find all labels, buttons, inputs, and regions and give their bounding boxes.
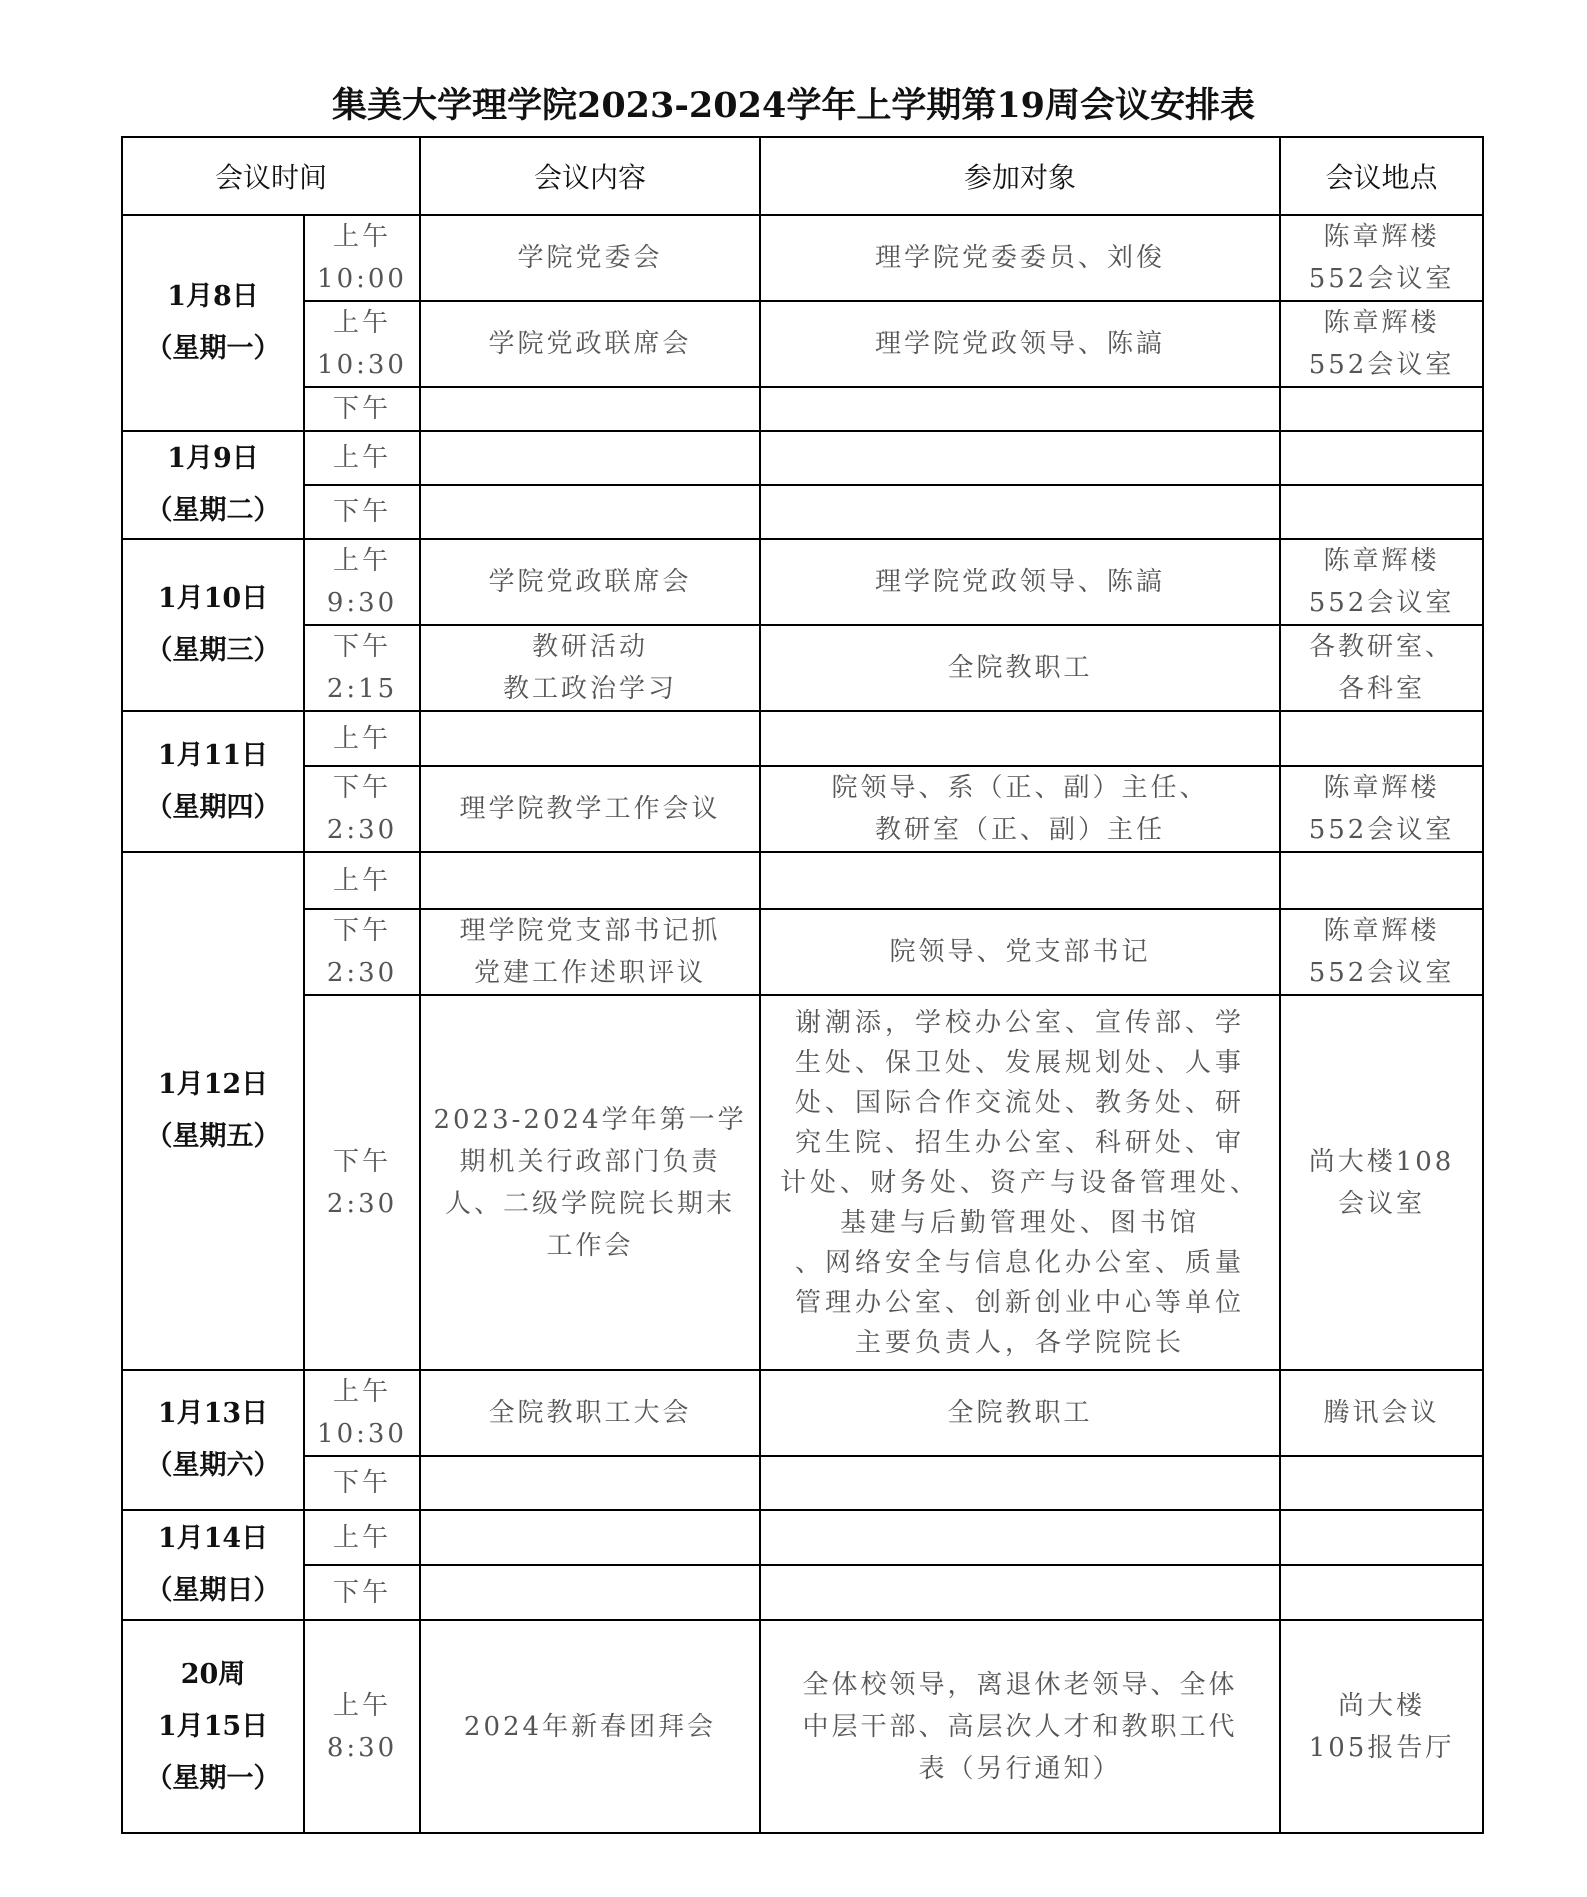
period-label: 上午 [305, 718, 419, 760]
schedule-row: 1月9日（星期二）上午 [122, 431, 1483, 485]
content-cell: 全院教职工大会 [420, 1370, 760, 1456]
period-label: 上午 [305, 1371, 419, 1413]
content-line: 理学院教学工作会议 [421, 788, 759, 830]
header-row: 会议时间 会议内容 参加对象 会议地点 [122, 137, 1483, 215]
attendees-line: 基建与后勤管理处、图书馆 [761, 1203, 1279, 1243]
content-line: 理学院党支部书记抓 [421, 910, 759, 952]
attendees-cell: 理学院党政领导、陈謞 [760, 539, 1280, 625]
content-line: 教工政治学习 [421, 668, 759, 710]
attendees-line: 处、国际合作交流处、教务处、研 [761, 1083, 1279, 1123]
location-cell: 腾讯会议 [1280, 1370, 1483, 1456]
period-label: 上午 [305, 1685, 419, 1727]
location-cell: 陈章辉楼552会议室 [1280, 539, 1483, 625]
period-label: 上午 [305, 302, 419, 344]
attendees-cell: 谢潮添，学校办公室、宣传部、学生处、保卫处、发展规划处、人事处、国际合作交流处、… [760, 995, 1280, 1370]
attendees-line: 谢潮添，学校办公室、宣传部、学 [761, 1003, 1279, 1043]
period-label: 下午 [305, 1572, 419, 1614]
attendees-cell [760, 1565, 1280, 1620]
time-slot-cell: 下午2:30 [304, 909, 420, 995]
location-line: 552会议室 [1281, 952, 1482, 994]
attendees-line: 主要负责人，各学院院长 [761, 1323, 1279, 1363]
attendees-line: 计处、财务处、资产与设备管理处、 [761, 1163, 1279, 1203]
time-label: 2:30 [305, 1183, 419, 1225]
attendees-cell: 院领导、党支部书记 [760, 909, 1280, 995]
location-line: 各教研室、 [1281, 626, 1482, 668]
date-label: 1月11日 [123, 730, 303, 782]
attendees-cell [760, 711, 1280, 766]
time-slot-cell: 上午 [304, 852, 420, 909]
attendees-line: 教研室（正、副）主任 [761, 809, 1279, 851]
attendees-line: 管理办公室、创新创业中心等单位 [761, 1283, 1279, 1323]
location-line: 陈章辉楼 [1281, 767, 1482, 809]
time-slot-cell: 下午 [304, 1565, 420, 1620]
date-label: 1月15日 [123, 1701, 303, 1753]
attendees-line: 理学院党政领导、陈謞 [761, 323, 1279, 365]
content-cell: 理学院党支部书记抓党建工作述职评议 [420, 909, 760, 995]
attendees-cell [760, 485, 1280, 539]
attendees-line: 中层干部、高层次人才和教职工代 [761, 1706, 1279, 1748]
location-line: 陈章辉楼 [1281, 540, 1482, 582]
attendees-line: 表（另行通知） [761, 1748, 1279, 1790]
location-line: 552会议室 [1281, 582, 1482, 624]
period-label: 下午 [305, 1141, 419, 1183]
content-cell [420, 1510, 760, 1565]
attendees-line: 理学院党委委员、刘俊 [761, 237, 1279, 279]
time-slot-cell: 上午10:00 [304, 215, 420, 301]
location-line: 会议室 [1281, 1183, 1482, 1225]
content-line: 2024年新春团拜会 [421, 1706, 759, 1748]
content-cell [420, 1565, 760, 1620]
location-cell: 尚大楼105报告厅 [1280, 1620, 1483, 1833]
weekday-label: （星期一） [123, 1753, 303, 1805]
location-line: 105报告厅 [1281, 1727, 1482, 1769]
content-line: 期机关行政部门负责 [421, 1141, 759, 1183]
location-cell [1280, 1510, 1483, 1565]
content-cell: 学院党委会 [420, 215, 760, 301]
content-line: 全院教职工大会 [421, 1392, 759, 1434]
location-line: 陈章辉楼 [1281, 216, 1482, 258]
meeting-schedule-table: 会议时间 会议内容 参加对象 会议地点 1月8日（星期一）上午10:00学院党委… [121, 136, 1484, 1834]
time-label: 2:15 [305, 668, 419, 710]
attendees-line: 院领导、党支部书记 [761, 931, 1279, 973]
weekday-label: （星期日） [123, 1565, 303, 1617]
content-line: 党建工作述职评议 [421, 952, 759, 994]
period-label: 下午 [305, 910, 419, 952]
content-line: 人、二级学院院长期末 [421, 1183, 759, 1225]
time-slot-cell: 上午9:30 [304, 539, 420, 625]
attendees-line: 院领导、系（正、副）主任、 [761, 767, 1279, 809]
attendees-cell: 全体校领导，离退休老领导、全体中层干部、高层次人才和教职工代表（另行通知） [760, 1620, 1280, 1833]
location-cell: 陈章辉楼552会议室 [1280, 909, 1483, 995]
period-label: 下午 [305, 626, 419, 668]
location-line: 尚大楼 [1281, 1685, 1482, 1727]
content-cell: 学院党政联席会 [420, 539, 760, 625]
schedule-row: 20周1月15日（星期一）上午8:302024年新春团拜会全体校领导，离退休老领… [122, 1620, 1483, 1833]
attendees-line: 生处、保卫处、发展规划处、人事 [761, 1043, 1279, 1083]
day-cell: 1月9日（星期二） [122, 431, 304, 539]
attendees-cell: 理学院党政领导、陈謞 [760, 301, 1280, 387]
date-label: 1月14日 [123, 1513, 303, 1565]
time-label: 10:00 [305, 258, 419, 300]
location-cell [1280, 485, 1483, 539]
location-line: 腾讯会议 [1281, 1392, 1482, 1434]
content-cell [420, 711, 760, 766]
attendees-cell [760, 852, 1280, 909]
location-cell: 尚大楼108会议室 [1280, 995, 1483, 1370]
time-slot-cell: 上午8:30 [304, 1620, 420, 1833]
day-cell: 1月14日（星期日） [122, 1510, 304, 1620]
time-label: 10:30 [305, 1413, 419, 1455]
weekday-label: （星期三） [123, 625, 303, 677]
schedule-row: 1月13日（星期六）上午10:30全院教职工大会全院教职工腾讯会议 [122, 1370, 1483, 1456]
date-label: 1月12日 [123, 1059, 303, 1111]
location-line: 各科室 [1281, 668, 1482, 710]
period-label: 上午 [305, 540, 419, 582]
content-cell [420, 431, 760, 485]
time-label: 2:30 [305, 952, 419, 994]
content-cell: 教研活动教工政治学习 [420, 625, 760, 711]
attendees-cell [760, 1456, 1280, 1510]
weekday-label: （星期一） [123, 323, 303, 375]
location-cell [1280, 387, 1483, 431]
time-slot-cell: 上午 [304, 431, 420, 485]
day-cell: 1月11日（星期四） [122, 711, 304, 852]
schedule-row: 下午 [122, 387, 1483, 431]
location-line: 尚大楼108 [1281, 1141, 1482, 1183]
time-slot-cell: 下午2:30 [304, 995, 420, 1370]
location-cell [1280, 852, 1483, 909]
location-cell: 各教研室、各科室 [1280, 625, 1483, 711]
day-cell: 1月10日（星期三） [122, 539, 304, 711]
location-cell [1280, 1565, 1483, 1620]
attendees-line: 、网络安全与信息化办公室、质量 [761, 1243, 1279, 1283]
period-label: 上午 [305, 216, 419, 258]
header-time: 会议时间 [122, 137, 420, 215]
time-slot-cell: 下午 [304, 485, 420, 539]
time-label: 8:30 [305, 1727, 419, 1769]
time-slot-cell: 下午 [304, 387, 420, 431]
day-cell: 1月12日（星期五） [122, 852, 304, 1370]
content-cell [420, 485, 760, 539]
time-label: 2:30 [305, 809, 419, 851]
attendees-cell: 理学院党委委员、刘俊 [760, 215, 1280, 301]
day-cell: 20周1月15日（星期一） [122, 1620, 304, 1833]
location-line: 陈章辉楼 [1281, 910, 1482, 952]
schedule-row: 下午2:302023-2024学年第一学期机关行政部门负责人、二级学院院长期末工… [122, 995, 1483, 1370]
content-cell: 2023-2024学年第一学期机关行政部门负责人、二级学院院长期末工作会 [420, 995, 760, 1370]
schedule-row: 下午 [122, 485, 1483, 539]
location-cell: 陈章辉楼552会议室 [1280, 766, 1483, 852]
location-line: 陈章辉楼 [1281, 302, 1482, 344]
period-label: 下午 [305, 1462, 419, 1504]
content-line: 教研活动 [421, 626, 759, 668]
content-line: 学院党委会 [421, 237, 759, 279]
schedule-body: 1月8日（星期一）上午10:00学院党委会理学院党委委员、刘俊陈章辉楼552会议… [122, 215, 1483, 1833]
schedule-row: 1月12日（星期五）上午 [122, 852, 1483, 909]
attendees-cell [760, 1510, 1280, 1565]
attendees-cell: 院领导、系（正、副）主任、教研室（正、副）主任 [760, 766, 1280, 852]
week-label: 20周 [123, 1649, 303, 1701]
location-cell: 陈章辉楼552会议室 [1280, 301, 1483, 387]
content-cell [420, 852, 760, 909]
attendees-cell: 全院教职工 [760, 1370, 1280, 1456]
schedule-row: 下午2:30理学院教学工作会议院领导、系（正、副）主任、教研室（正、副）主任陈章… [122, 766, 1483, 852]
schedule-row: 下午 [122, 1565, 1483, 1620]
content-cell [420, 1456, 760, 1510]
day-cell: 1月13日（星期六） [122, 1370, 304, 1510]
attendees-line: 究生院、招生办公室、科研处、审 [761, 1123, 1279, 1163]
schedule-row: 下午2:15教研活动教工政治学习全院教职工各教研室、各科室 [122, 625, 1483, 711]
attendees-cell: 全院教职工 [760, 625, 1280, 711]
period-label: 上午 [305, 860, 419, 902]
content-cell [420, 387, 760, 431]
attendees-line: 理学院党政领导、陈謞 [761, 561, 1279, 603]
attendees-cell [760, 387, 1280, 431]
time-slot-cell: 上午10:30 [304, 301, 420, 387]
attendees-line: 全院教职工 [761, 647, 1279, 689]
time-slot-cell: 下午 [304, 1456, 420, 1510]
content-line: 学院党政联席会 [421, 323, 759, 365]
date-label: 1月9日 [123, 433, 303, 485]
content-line: 工作会 [421, 1225, 759, 1267]
header-location: 会议地点 [1280, 137, 1483, 215]
time-slot-cell: 上午 [304, 711, 420, 766]
weekday-label: （星期四） [123, 782, 303, 834]
period-label: 下午 [305, 767, 419, 809]
time-slot-cell: 上午 [304, 1510, 420, 1565]
header-attendees: 参加对象 [760, 137, 1280, 215]
attendees-line: 全体校领导，离退休老领导、全体 [761, 1664, 1279, 1706]
location-cell [1280, 711, 1483, 766]
time-slot-cell: 上午10:30 [304, 1370, 420, 1456]
schedule-row: 1月14日（星期日）上午 [122, 1510, 1483, 1565]
content-line: 学院党政联席会 [421, 561, 759, 603]
header-content: 会议内容 [420, 137, 760, 215]
period-label: 下午 [305, 388, 419, 430]
day-cell: 1月8日（星期一） [122, 215, 304, 431]
time-slot-cell: 下午2:30 [304, 766, 420, 852]
time-slot-cell: 下午2:15 [304, 625, 420, 711]
location-line: 552会议室 [1281, 809, 1482, 851]
location-cell [1280, 1456, 1483, 1510]
date-label: 1月8日 [123, 271, 303, 323]
schedule-row: 1月8日（星期一）上午10:00学院党委会理学院党委委员、刘俊陈章辉楼552会议… [122, 215, 1483, 301]
schedule-row: 下午2:30理学院党支部书记抓党建工作述职评议院领导、党支部书记陈章辉楼552会… [122, 909, 1483, 995]
content-cell: 理学院教学工作会议 [420, 766, 760, 852]
location-cell [1280, 431, 1483, 485]
document-title: 集美大学理学院2023-2024学年上学期第19周会议安排表 [0, 78, 1587, 128]
content-cell: 2024年新春团拜会 [420, 1620, 760, 1833]
content-cell: 学院党政联席会 [420, 301, 760, 387]
time-label: 9:30 [305, 582, 419, 624]
attendees-line: 全院教职工 [761, 1392, 1279, 1434]
date-label: 1月10日 [123, 573, 303, 625]
period-label: 上午 [305, 437, 419, 479]
location-cell: 陈章辉楼552会议室 [1280, 215, 1483, 301]
period-label: 下午 [305, 491, 419, 533]
schedule-row: 上午10:30学院党政联席会理学院党政领导、陈謞陈章辉楼552会议室 [122, 301, 1483, 387]
period-label: 上午 [305, 1517, 419, 1559]
attendees-cell [760, 431, 1280, 485]
schedule-row: 1月11日（星期四）上午 [122, 711, 1483, 766]
content-line: 2023-2024学年第一学 [421, 1099, 759, 1141]
schedule-row: 1月10日（星期三）上午9:30学院党政联席会理学院党政领导、陈謞陈章辉楼552… [122, 539, 1483, 625]
location-line: 552会议室 [1281, 344, 1482, 386]
time-label: 10:30 [305, 344, 419, 386]
location-line: 552会议室 [1281, 258, 1482, 300]
weekday-label: （星期五） [123, 1111, 303, 1163]
weekday-label: （星期六） [123, 1440, 303, 1492]
date-label: 1月13日 [123, 1388, 303, 1440]
weekday-label: （星期二） [123, 485, 303, 537]
schedule-row: 下午 [122, 1456, 1483, 1510]
